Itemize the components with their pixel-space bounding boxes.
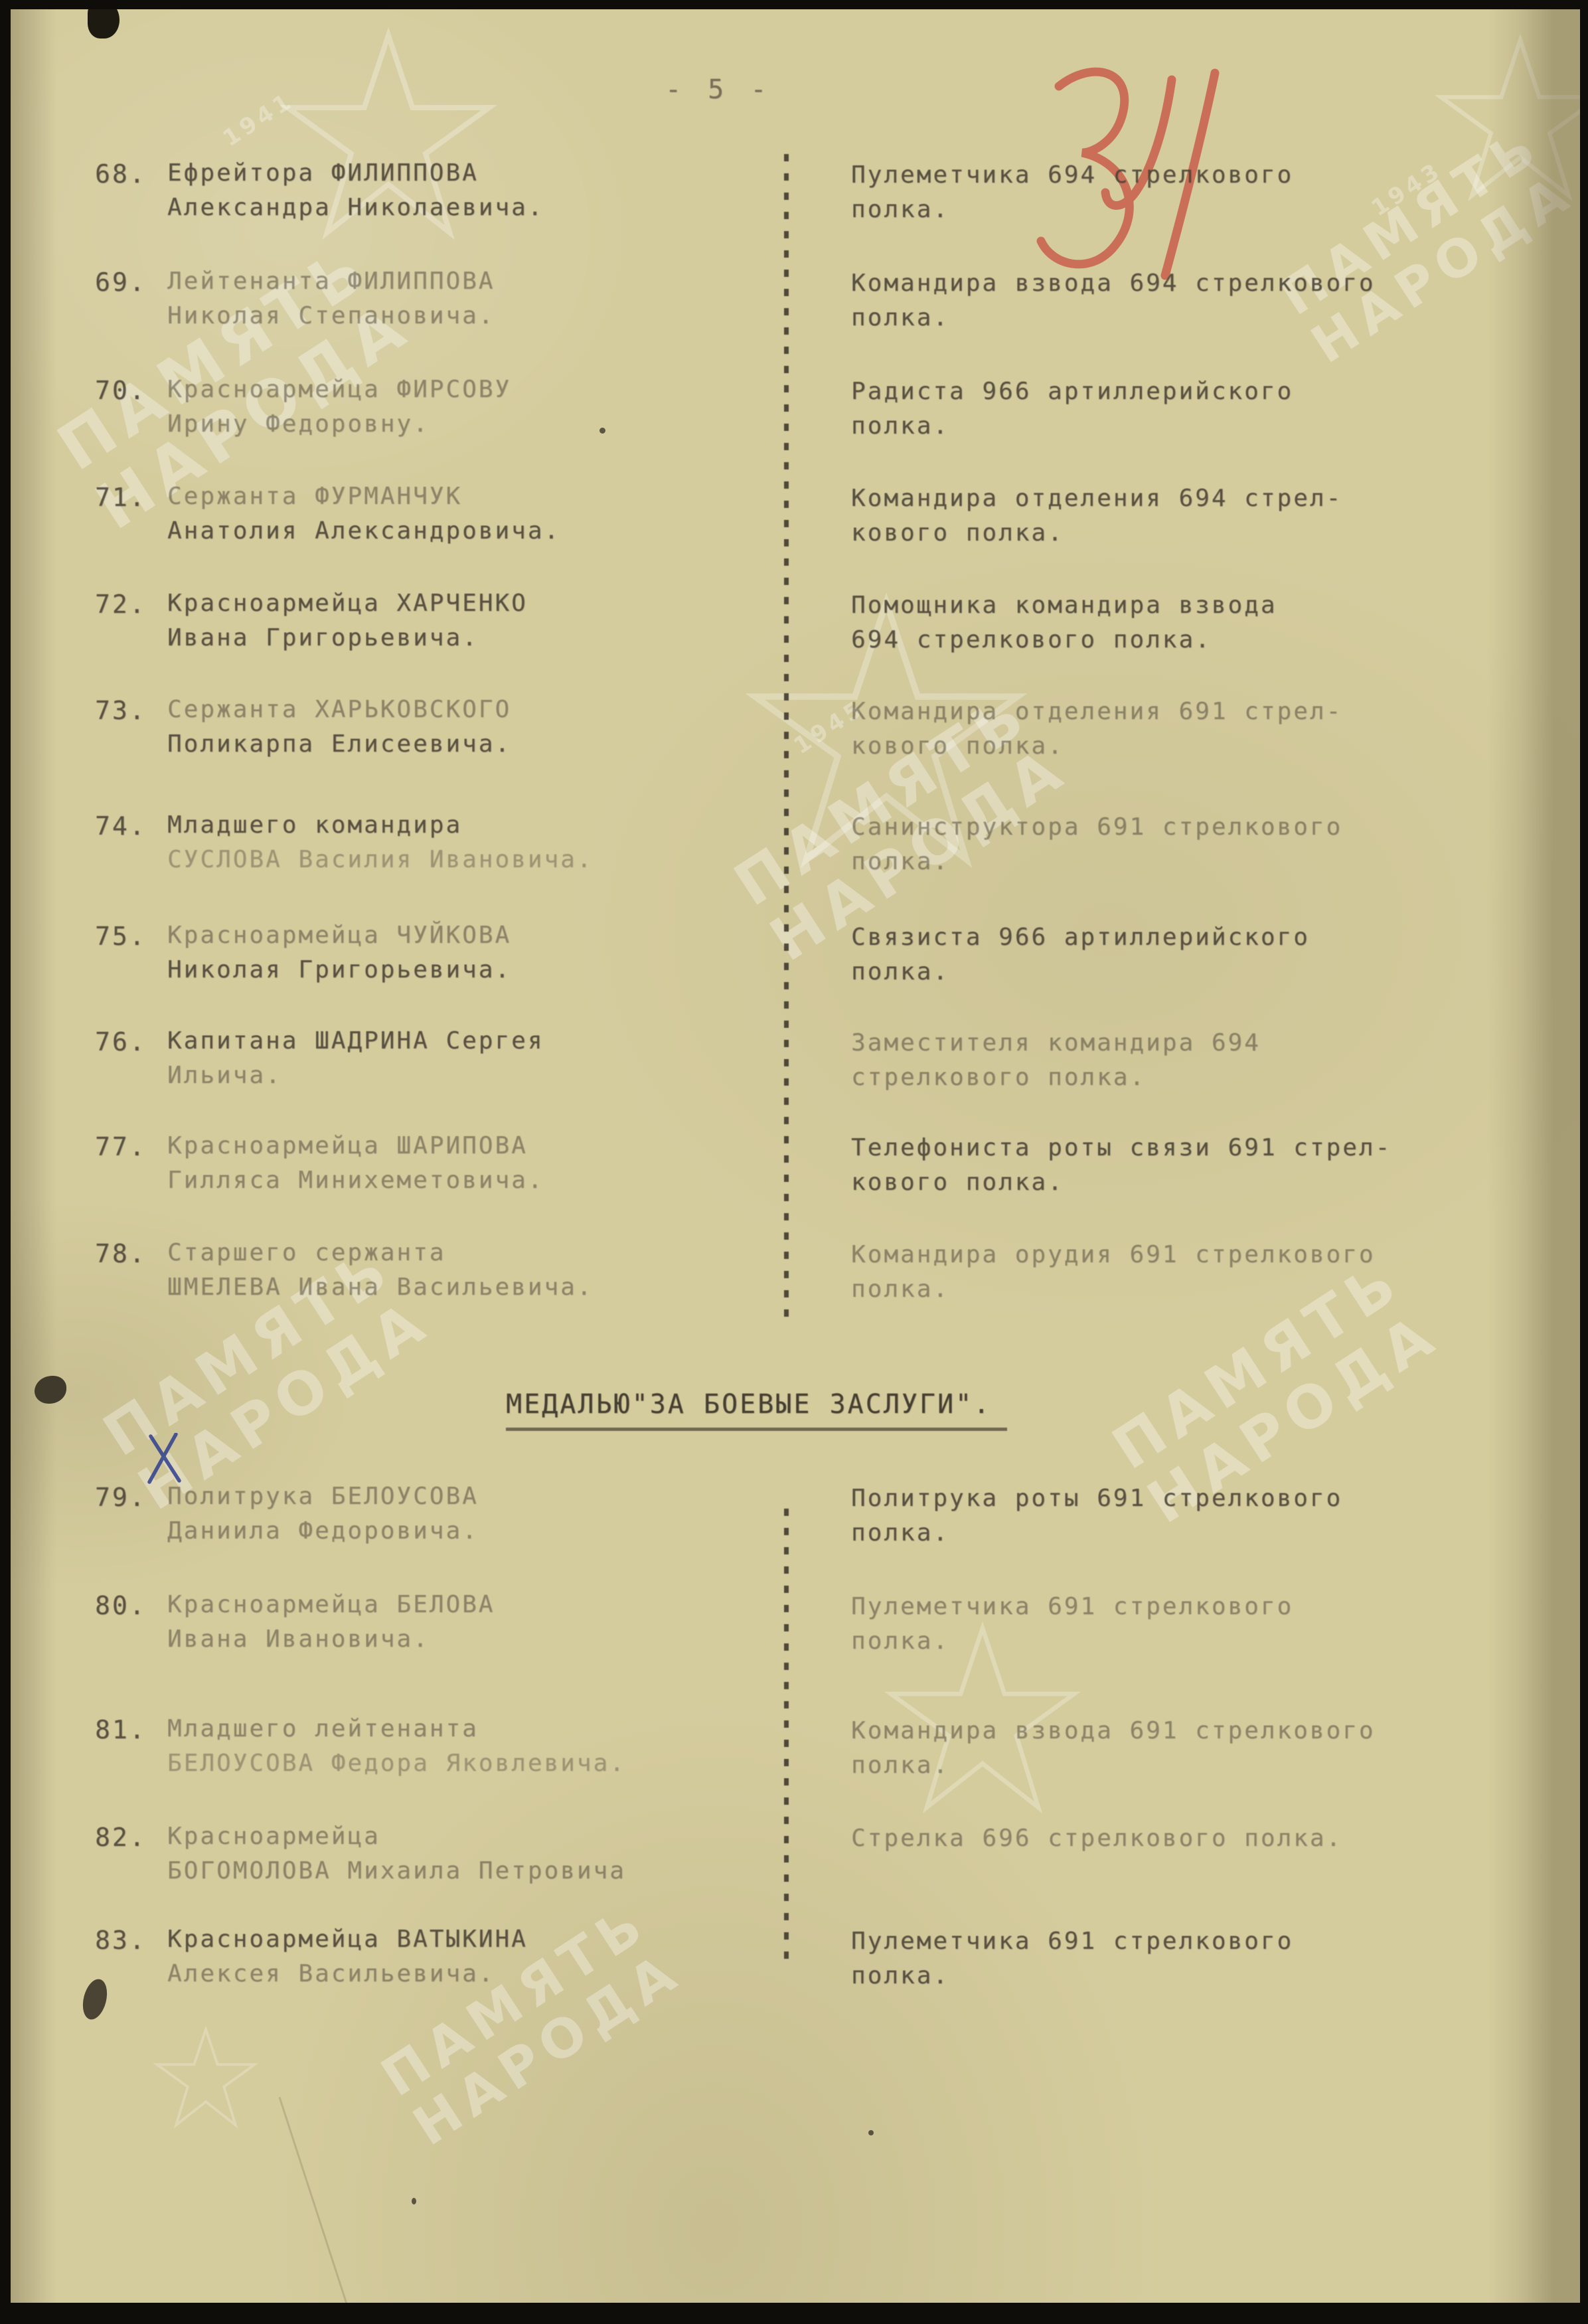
scan-border — [0, 2303, 1588, 2324]
entry-number: 77. — [95, 1132, 147, 1161]
ink-blot — [79, 1977, 111, 2022]
paper-edge-shadow — [1487, 0, 1580, 2324]
entry-row: 73. Сержанта ХАРЬКОВСКОГО Поликарпа Елис… — [0, 696, 1588, 697]
entry-number: 78. — [95, 1239, 147, 1268]
paper-speck — [868, 2130, 874, 2135]
entry-position-line: кового полка. — [851, 732, 1064, 760]
entry-name-line: Красноармейца ШАРИПОВА — [167, 1132, 528, 1159]
entry-position-line: полка. — [851, 1752, 949, 1779]
entry-name-line: БЕЛОУСОВА Федора Яковлевича. — [167, 1750, 626, 1777]
blue-x-mark — [145, 1433, 185, 1485]
entry-name-line: Красноармейца ФИРСОВУ — [167, 376, 511, 403]
entry-position-line: стрелкового полка. — [851, 1064, 1146, 1091]
entry-position-line: Связиста 966 артиллерийского — [851, 924, 1310, 951]
entry-name-line: Сержанта ХАРЬКОВСКОГО — [167, 696, 511, 723]
entry-name-line: Красноармейца ВАТЫКИНА — [167, 1926, 528, 1953]
entry-name-line: СУСЛОВА Василия Ивановича. — [167, 846, 594, 873]
entry-number: 72. — [95, 590, 147, 619]
scanned-document-page: ПАМЯТЬ НАРОДА ПАМЯТЬ НАРОДА ПАМЯТЬ НАРОД… — [0, 0, 1588, 2324]
scan-border — [0, 0, 1588, 9]
entry-name-line: Ильича. — [167, 1062, 282, 1089]
entry-position-line: полка. — [851, 1276, 949, 1303]
entry-name-line: ШМЕЛЕВА Ивана Васильевича. — [167, 1274, 594, 1301]
entry-name-line: Красноармейца — [167, 1823, 380, 1850]
column-separator — [784, 154, 789, 1323]
entry-position-line: Телефониста роты связи 691 стрел- — [851, 1134, 1391, 1161]
entry-number: 73. — [95, 696, 147, 725]
scan-border — [1580, 0, 1588, 2324]
entry-position-line: полка. — [851, 196, 949, 223]
entry-name-line: Николая Степановича. — [167, 302, 495, 329]
entry-number: 82. — [95, 1823, 147, 1852]
entry-name-line: Анатолия Александровича. — [167, 517, 560, 544]
entry-name-line: Красноармейца БЕЛОВА — [167, 1591, 495, 1618]
entry-row: 82. Красноармейца БОГОМОЛОВА Михаила Пет… — [0, 1823, 1588, 1823]
paper-speck — [412, 2198, 416, 2204]
entry-row: 69. Лейтенанта ФИЛИППОВА Николая Степано… — [0, 268, 1588, 268]
entry-row: 79. Политрука БЕЛОУСОВА Даниила Федорови… — [0, 1483, 1588, 1483]
entry-position-line: Помощника командира взвода — [851, 592, 1277, 619]
star-icon — [153, 2025, 259, 2131]
entry-position-line: полка. — [851, 848, 949, 875]
entry-position-line: Радиста 966 артиллерийского — [851, 378, 1293, 405]
entry-position-line: полка. — [851, 304, 949, 331]
entry-number: 80. — [95, 1591, 147, 1620]
entry-row: 74. Младшего командира СУСЛОВА Василия И… — [0, 811, 1588, 812]
entry-position-line: Заместителя командира 694 — [851, 1029, 1261, 1056]
entry-position-line: 694 стрелкового полка. — [851, 626, 1212, 653]
entry-position-line: Санинструктора 691 стрелкового — [851, 813, 1342, 841]
entry-name-line: Ивана Григорьевича. — [167, 624, 479, 651]
entry-position-line: полка. — [851, 412, 949, 440]
entry-name-line: Александра Николаевича. — [167, 194, 544, 221]
entry-position-line: Командира взвода 694 стрелкового — [851, 270, 1376, 297]
entry-name-line: Лейтенанта ФИЛИППОВА — [167, 268, 495, 295]
entry-row: 77. Красноармейца ШАРИПОВА Гилляса Миних… — [0, 1132, 1588, 1133]
entry-row: 80. Красноармейца БЕЛОВА Ивана Ивановича… — [0, 1591, 1588, 1592]
entry-number: 81. — [95, 1715, 147, 1744]
entry-position-line: Командира отделения 694 стрел- — [851, 485, 1342, 512]
entry-name-line: Николая Григорьевича. — [167, 956, 511, 983]
scan-border — [0, 0, 11, 2324]
entry-number: 76. — [95, 1027, 147, 1056]
entry-name-line: Политрука БЕЛОУСОВА — [167, 1483, 479, 1510]
paper-edge-shadow — [11, 0, 57, 2324]
entry-position-line: Пулеметчика 691 стрелкового — [851, 1928, 1293, 1955]
entry-name-line: Красноармейца ЧУЙКОВА — [167, 922, 511, 949]
entry-position-line: полка. — [851, 958, 949, 985]
entry-row: 72. Красноармейца ХАРЧЕНКО Ивана Григорь… — [0, 590, 1588, 590]
entry-name-line: БОГОМОЛОВА Михаила Петровича — [167, 1857, 626, 1884]
entry-number: 69. — [95, 268, 147, 297]
entry-row: 78. Старшего сержанта ШМЕЛЕВА Ивана Васи… — [0, 1239, 1588, 1240]
entry-name-line: Красноармейца ХАРЧЕНКО — [167, 590, 528, 617]
entry-position-line: полка. — [851, 1519, 949, 1546]
paper-speck — [599, 428, 605, 434]
entry-name-line: Капитана ШАДРИНА Сергея — [167, 1027, 544, 1054]
entry-position-line: кового полка. — [851, 519, 1064, 546]
entry-name-line: Ирину Федоровну. — [167, 410, 430, 438]
entry-position-line: Стрелка 696 стрелкового полка. — [851, 1825, 1342, 1852]
paper-crease — [279, 2097, 351, 2312]
section-heading: МЕДАЛЬЮ"ЗА БОЕВЫЕ ЗАСЛУГИ". — [506, 1389, 1007, 1431]
entry-position-line: полка. — [851, 1627, 949, 1655]
entry-name-line: Поликарпа Елисеевича. — [167, 730, 511, 758]
entry-position-line: Командира взвода 691 стрелкового — [851, 1717, 1376, 1744]
entry-row: 83. Красноармейца ВАТЫКИНА Алексея Васил… — [0, 1926, 1588, 1926]
entry-row: 81. Младшего лейтенанта БЕЛОУСОВА Федора… — [0, 1715, 1588, 1716]
entry-position-line: Политрука роты 691 стрелкового — [851, 1485, 1342, 1512]
entry-name-line: Даниила Федоровича. — [167, 1517, 479, 1544]
entry-name-line: Гилляса Минихеметовича. — [167, 1167, 544, 1194]
entry-position-line: Командира отделения 691 стрел- — [851, 698, 1342, 725]
entry-name-line: Младшего командира — [167, 811, 462, 839]
entry-name-line: Старшего сержанта — [167, 1239, 445, 1266]
entry-row: 75. Красноармейца ЧУЙКОВА Николая Григор… — [0, 922, 1588, 922]
entry-number: 74. — [95, 811, 147, 841]
entry-number: 79. — [95, 1483, 147, 1512]
entry-number: 68. — [95, 159, 147, 189]
entry-row: 76. Капитана ШАДРИНА Сергея Ильича. Заме… — [0, 1027, 1588, 1028]
entry-name-line: Младшего лейтенанта — [167, 1715, 479, 1742]
column-separator — [784, 1509, 789, 1967]
entry-name-line: Ивана Ивановича. — [167, 1625, 430, 1653]
entry-position-line: Пулеметчика 694 стрелкового — [851, 161, 1293, 189]
entry-number: 75. — [95, 922, 147, 951]
entry-position-line: Пулеметчика 691 стрелкового — [851, 1593, 1293, 1620]
entry-number: 70. — [95, 376, 147, 405]
entry-position-line: кового полка. — [851, 1169, 1064, 1196]
entry-name-line: Алексея Васильевича. — [167, 1960, 495, 1987]
entry-number: 71. — [95, 483, 147, 512]
entry-number: 83. — [95, 1926, 147, 1955]
entry-position-line: полка. — [851, 1962, 949, 1989]
entry-name-line: Сержанта ФУРМАНЧУК — [167, 483, 462, 510]
entry-row: 68. Ефрейтора ФИЛИППОВА Александра Никол… — [0, 159, 1588, 160]
entry-row: 70. Красноармейца ФИРСОВУ Ирину Федоровн… — [0, 376, 1588, 376]
page-number: - 5 - — [665, 74, 771, 105]
entry-row: 71. Сержанта ФУРМАНЧУК Анатолия Александ… — [0, 483, 1588, 483]
entry-name-line: Ефрейтора ФИЛИППОВА — [167, 159, 479, 187]
entry-position-line: Командира орудия 691 стрелкового — [851, 1241, 1376, 1268]
